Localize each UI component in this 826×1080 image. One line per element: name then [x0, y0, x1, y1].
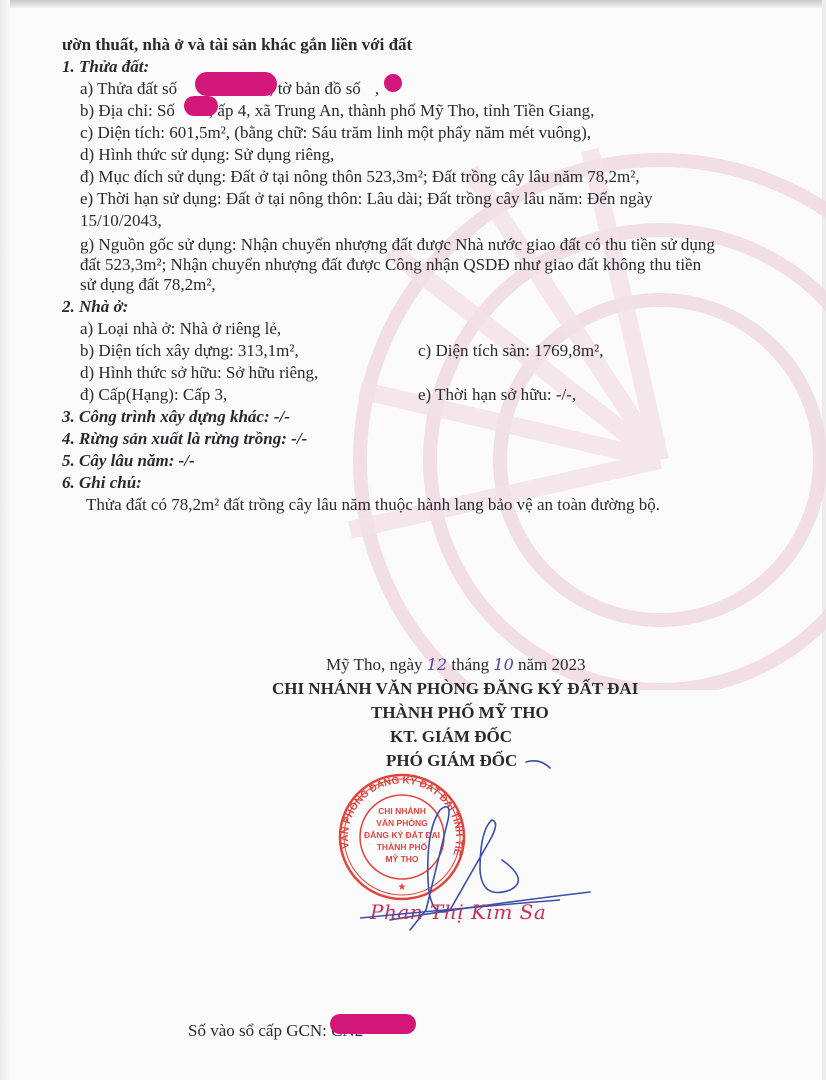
- gcn-label: Số vào sổ cấp GCN:: [188, 1021, 327, 1040]
- map-sheet-label: , tờ bản đồ số: [269, 79, 361, 98]
- document-section-title: ườn thuất, nhà ở và tài sản khác gắn liề…: [62, 34, 412, 56]
- issuing-office-line-1: CHI NHÁNH VĂN PHÒNG ĐĂNG KÝ ĐẤT ĐAI: [272, 678, 638, 700]
- signing-date: Mỹ Tho, ngày 12 tháng 10 năm 2023: [326, 654, 586, 676]
- redaction-house-number: [184, 96, 218, 116]
- section-5-heading: 5. Cây lâu năm: -/-: [62, 450, 195, 472]
- house-type-line: a) Loại nhà ở: Nhà ở riêng lẻ,: [80, 318, 281, 340]
- handwritten-month: 10: [493, 655, 513, 674]
- floor-area-line: c) Diện tích sàn: 1769,8m²,: [418, 340, 603, 362]
- section-2-heading: 2. Nhà ở:: [62, 296, 128, 318]
- page-top-edge: [0, 0, 826, 8]
- issuing-office-line-2: THÀNH PHỐ MỸ THO: [371, 702, 549, 724]
- origin-line-3: sử dụng đất 78,2m²,: [80, 274, 216, 296]
- origin-line-1: g) Nguồn gốc sử dụng: Nhận chuyển nhượng…: [80, 234, 715, 256]
- signer-role-line-1: KT. GIÁM ĐỐC: [390, 726, 512, 748]
- section-6-heading: 6. Ghi chú:: [62, 472, 142, 494]
- address-value: , ấp 4, xã Trung An, thành phố Mỹ Tho, t…: [209, 101, 595, 120]
- watermark-emblem: [330, 130, 826, 690]
- page-left-shade: [0, 0, 10, 1080]
- section-4-heading: 4. Rừng sản xuất là rừng trồng: -/-: [62, 428, 307, 450]
- construction-area-line: b) Diện tích xây dựng: 313,1m²,: [80, 340, 299, 362]
- section-3-heading: 3. Công trình xây dựng khác: -/-: [62, 406, 290, 428]
- usage-form-line: d) Hình thức sử dụng: Sử dụng riêng,: [80, 144, 334, 166]
- parcel-number-label: a) Thửa đất số: [80, 79, 177, 98]
- ownership-form-line: d) Hình thức sở hữu: Sở hữu riêng,: [80, 362, 318, 384]
- handwritten-day: 12: [427, 655, 447, 674]
- address-line: b) Địa chỉ: Số, ấp 4, xã Trung An, thành…: [80, 100, 594, 122]
- area-line: c) Diện tích: 601,5m², (bằng chữ: Sáu tr…: [80, 122, 591, 144]
- address-label: b) Địa chỉ: Số: [80, 101, 175, 120]
- usage-purpose-line: đ) Mục đích sử dụng: Đất ở tại nông thôn…: [80, 166, 640, 188]
- redaction-map-sheet: [384, 74, 402, 92]
- page-right-edge: [822, 0, 826, 1080]
- ownership-term-line: e) Thời hạn sở hữu: -/-,: [418, 384, 576, 406]
- house-grade-line: đ) Cấp(Hạng): Cấp 3,: [80, 384, 227, 406]
- redaction-parcel-number: [195, 72, 277, 96]
- section-1-heading: 1. Thửa đất:: [62, 56, 149, 78]
- signature-strike-line: [360, 896, 560, 926]
- note-text: Thửa đất có 78,2m² đất trồng cây lâu năm…: [86, 494, 660, 516]
- usage-term-line-1: e) Thời hạn sử dụng: Đất ở tại nông thôn…: [80, 188, 653, 210]
- origin-line-2: đất 523,3m²; Nhận chuyển nhượng đất được…: [80, 254, 701, 276]
- redaction-gcn-number: [330, 1014, 416, 1034]
- usage-term-line-2: 15/10/2043,: [80, 210, 162, 232]
